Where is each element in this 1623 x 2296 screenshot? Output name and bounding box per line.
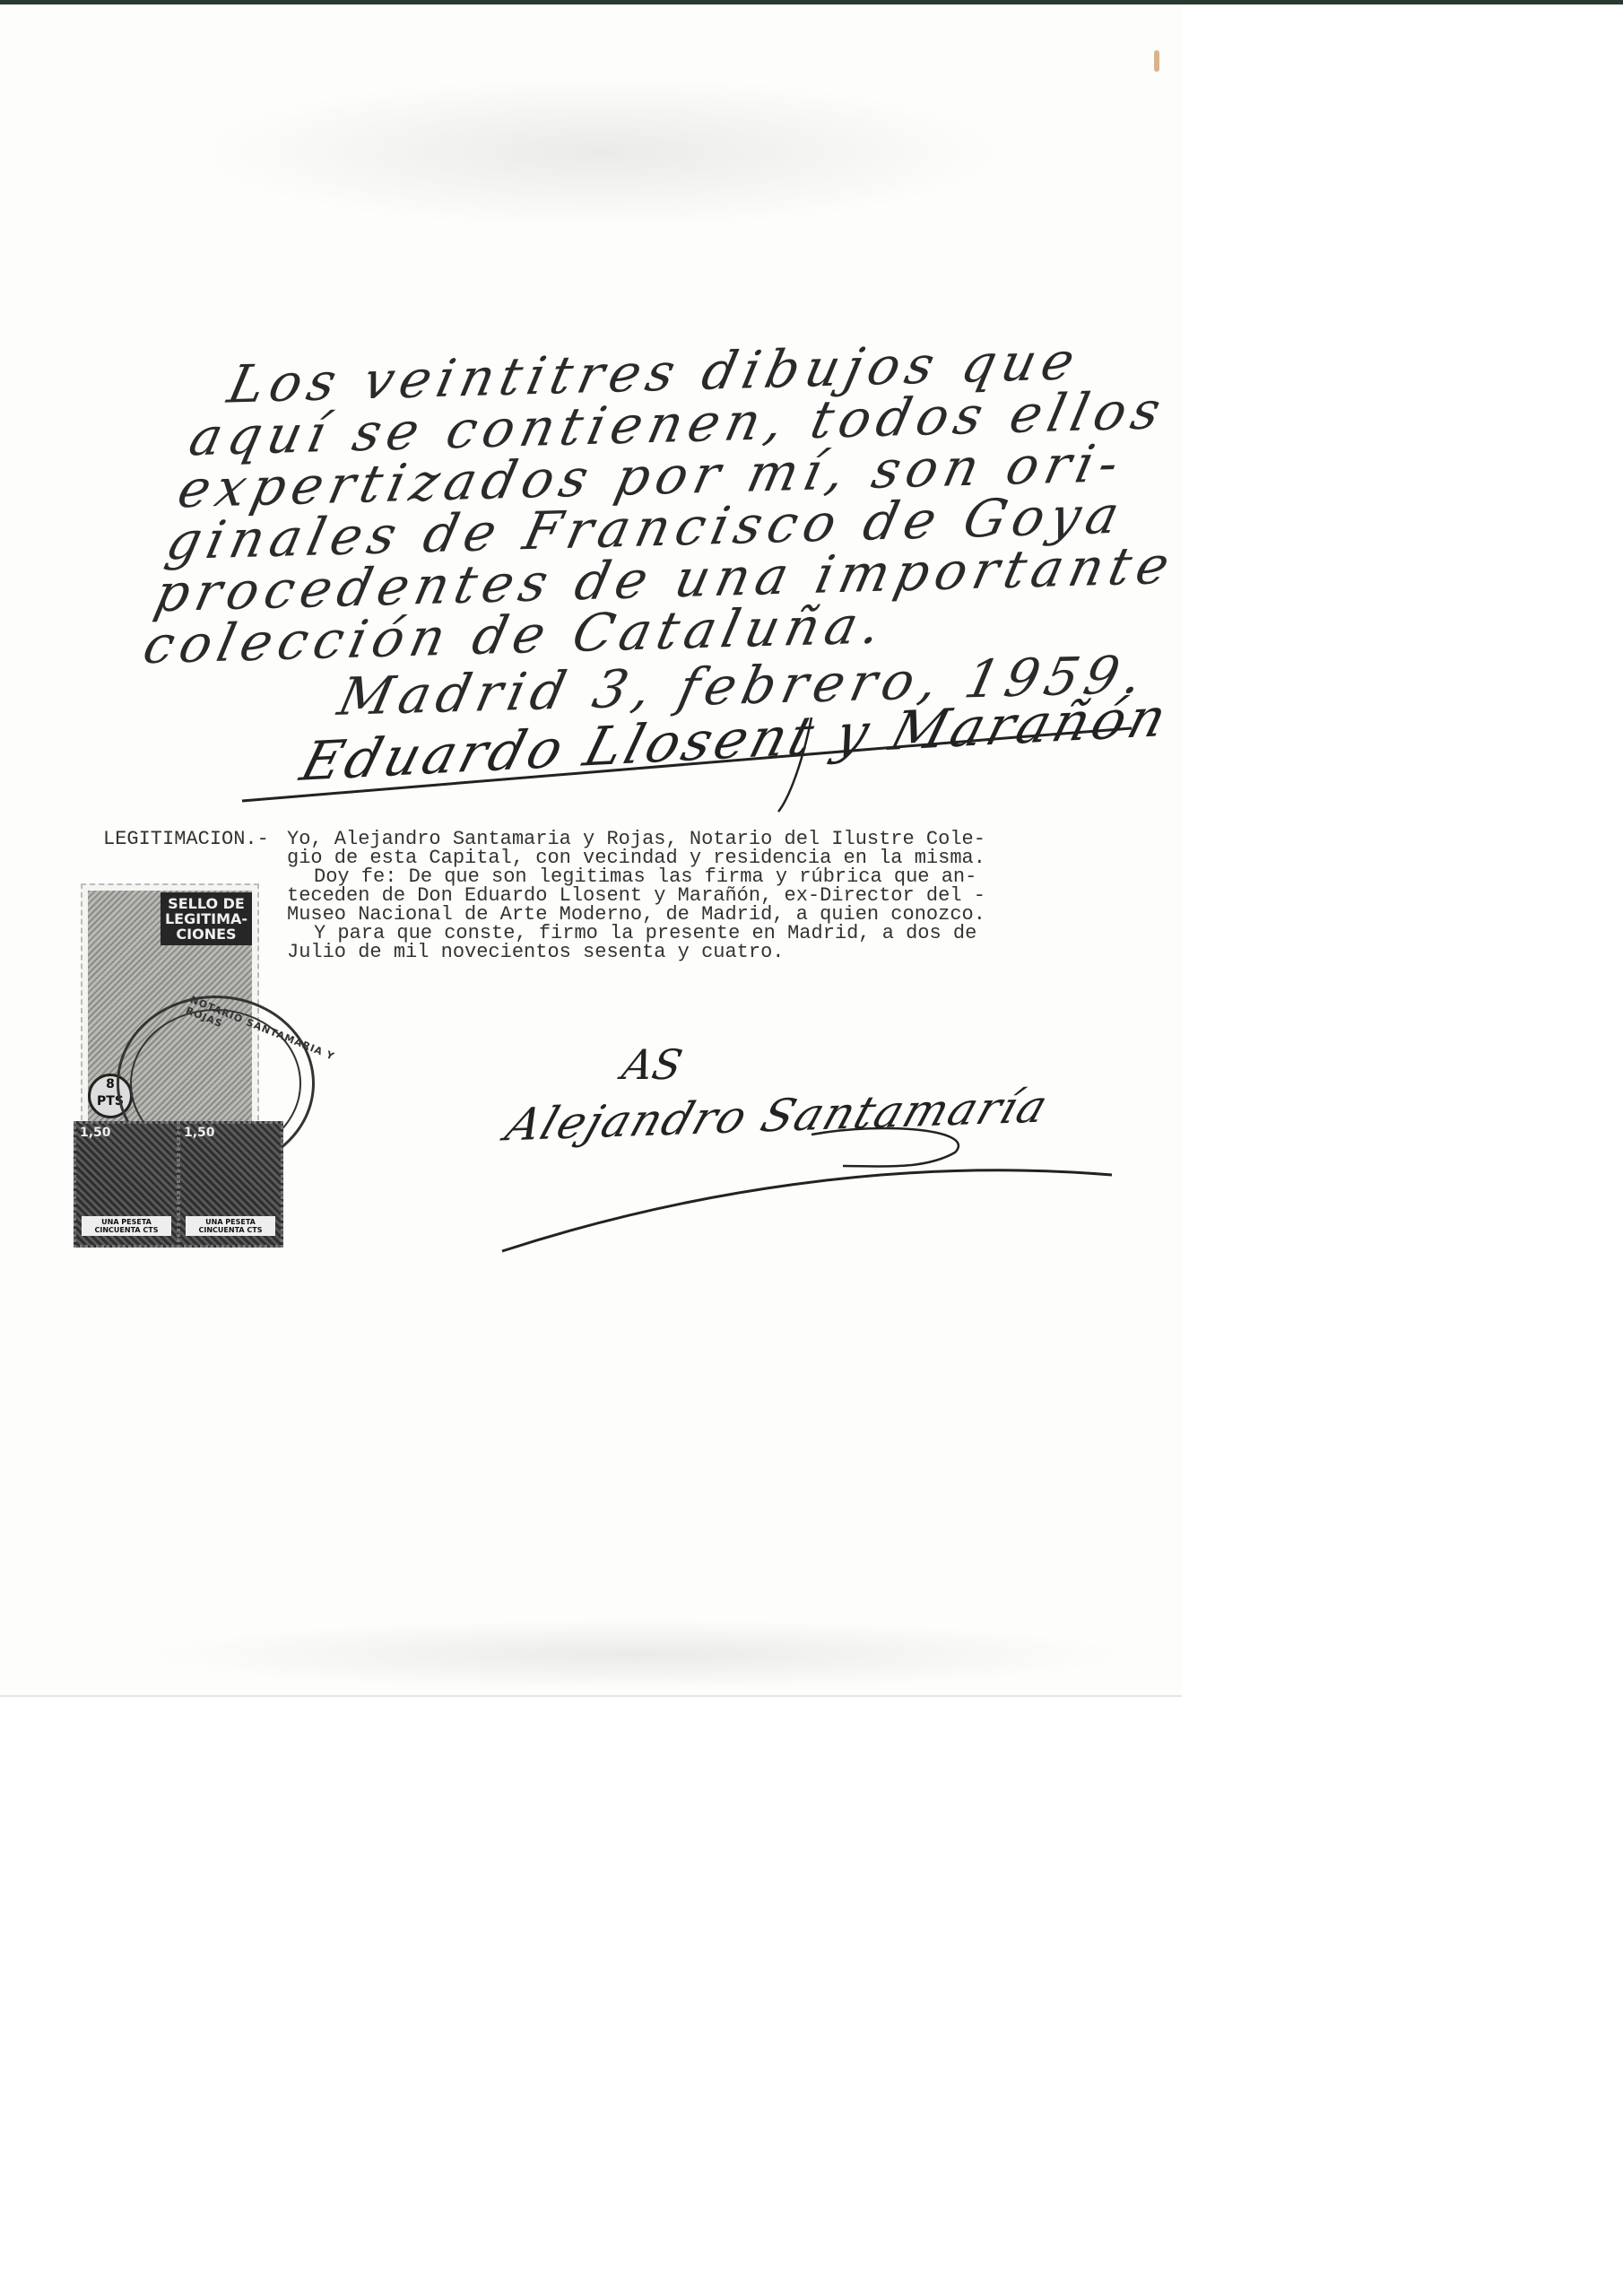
fiscal-stamp-legend: UNA PESETA CINCUENTA CTS <box>186 1216 275 1236</box>
notary-monogram: AS <box>618 1040 686 1089</box>
fiscal-stamp: 1,50 UNA PESETA CINCUENTA CTS <box>74 1121 179 1248</box>
legitimation-line: Y para que conste, firmo la presente en … <box>103 924 1143 943</box>
stamp-title: SELLO DE LEGITIMA- CIONES <box>161 892 252 945</box>
legitimation-text: LEGITIMACION.-Yo, Alejandro Santamaria y… <box>103 830 1143 961</box>
legitimation-line: teceden de Don Eduardo Llosent y Marañón… <box>103 886 1143 905</box>
fiscal-stamp-value: 1,50 <box>80 1126 111 1140</box>
legitimation-line: Museo Nacional de Arte Moderno, de Madri… <box>103 905 1143 924</box>
legitimation-line: Julio de mil novecientos sesenta y cuatr… <box>103 943 1143 961</box>
fiscal-stamp-legend: UNA PESETA CINCUENTA CTS <box>82 1216 171 1236</box>
legitimation-label: LEGITIMACION.- <box>103 830 287 848</box>
stamp-title-line: SELLO DE <box>162 896 250 911</box>
stamp-title-line: LEGITIMA- <box>162 911 250 926</box>
legitimation-line: gio de esta Capital, con vecindad y resi… <box>103 848 1143 867</box>
fiscal-stamp-value: 1,50 <box>184 1126 215 1140</box>
fiscal-stamp: 1,50 UNA PESETA CINCUENTA CTS <box>178 1121 283 1248</box>
legitimation-line: Doy fe: De que son legitimas las firma y… <box>103 867 1143 886</box>
stamp-title-line: CIONES <box>162 926 250 942</box>
